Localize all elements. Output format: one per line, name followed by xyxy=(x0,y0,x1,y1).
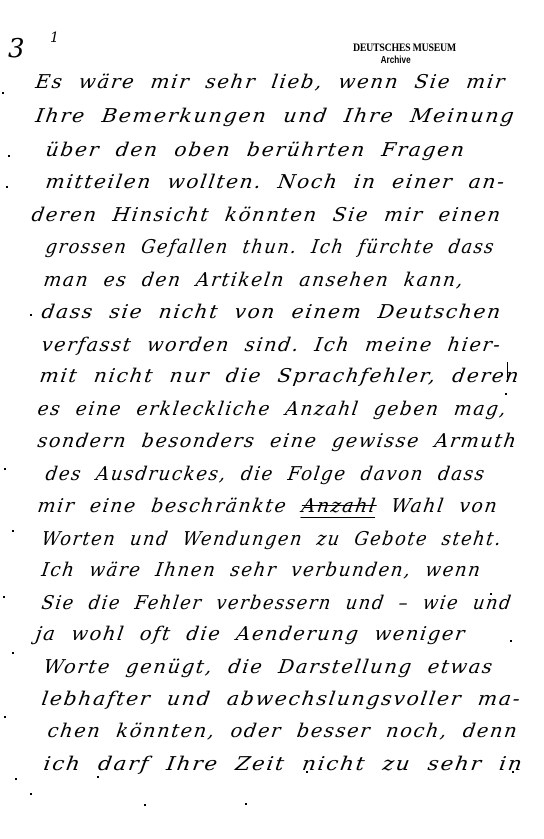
handwritten-line: sondern besonders eine gewisse Armuth xyxy=(36,429,519,453)
handwritten-line: dass sie nicht von einem Deutschen xyxy=(40,300,504,324)
handwritten-line: des Ausdruckes, die Folge davon dass xyxy=(44,462,487,486)
scan-speck xyxy=(306,771,308,773)
scan-speck xyxy=(8,155,10,157)
handwritten-line: mit nicht nur die Sprachfehler, deren xyxy=(38,364,522,388)
line-text: mir eine beschränkte xyxy=(36,495,303,517)
line-text: sondern besonders eine gewisse Armuth xyxy=(36,430,519,452)
scan-speck xyxy=(12,652,14,654)
handwritten-line: Sie die Fehler verbessern und – wie und xyxy=(40,591,514,615)
line-text: Sie die Fehler verbessern und – wie und xyxy=(40,592,514,614)
line-text: Worten und Wendungen zu Gebote steht. xyxy=(40,528,504,550)
scan-speck xyxy=(4,468,6,470)
scan-speck xyxy=(505,393,507,395)
line-text: über den oben berührten Fragen xyxy=(44,139,467,161)
line-text: Ich wäre Ihnen sehr verbunden, wenn xyxy=(40,559,483,581)
struck-out-word: Anzahl xyxy=(300,495,378,518)
stamp-subtitle: Archive xyxy=(353,55,438,67)
stamp-title: DEUTSCHES MUSEUM xyxy=(353,40,438,54)
handwritten-line: verfasst worden sind. Ich meine hier- xyxy=(40,333,503,357)
line-text: lebhafter und abwechslungsvoller ma- xyxy=(40,688,523,710)
handwritten-line: Es wäre mir sehr lieb, wenn Sie mir xyxy=(34,70,508,94)
handwritten-line: Worte genügt, die Darstellung etwas xyxy=(42,655,496,679)
scan-speck xyxy=(144,804,146,806)
line-text: verfasst worden sind. Ich meine hier- xyxy=(40,334,503,356)
scan-speck xyxy=(510,640,512,642)
scan-speck xyxy=(30,793,32,795)
line-text: man es den Artikeln ansehen kann, xyxy=(42,269,466,291)
archive-stamp: DEUTSCHES MUSEUM Archive xyxy=(353,40,438,67)
line-text: Ihre Bemerkungen und Ihre Meinung xyxy=(34,105,517,127)
scan-speck xyxy=(4,716,6,718)
scan-speck xyxy=(30,314,32,316)
line-text-continued: Wahl von xyxy=(375,495,500,517)
scan-speck xyxy=(6,186,8,188)
scan-speck xyxy=(2,92,4,94)
letter-page: 3 1 DEUTSCHES MUSEUM Archive Es wäre mir… xyxy=(0,0,544,839)
scan-margin-mark xyxy=(507,362,508,378)
handwritten-line: Ihre Bemerkungen und Ihre Meinung xyxy=(34,104,517,128)
line-text: mit nicht nur die Sprachfehler, deren xyxy=(38,365,522,387)
page-number: 3 xyxy=(8,36,25,62)
scan-speck xyxy=(15,778,17,780)
line-text: Worte genügt, die Darstellung etwas xyxy=(42,656,495,678)
handwritten-line: mir eine beschränkte Anzahl Wahl von xyxy=(36,494,500,518)
scan-speck xyxy=(3,596,5,598)
scan-speck xyxy=(245,803,247,805)
handwritten-line: ich darf Ihre Zeit nicht zu sehr in xyxy=(42,752,525,776)
handwritten-line: lebhafter und abwechslungsvoller ma- xyxy=(40,687,523,711)
handwritten-line: Worten und Wendungen zu Gebote steht. xyxy=(40,527,504,551)
line-text: ich darf Ihre Zeit nicht zu sehr in xyxy=(42,753,525,775)
handwritten-line: über den oben berührten Fragen xyxy=(44,138,467,162)
handwritten-line: es eine erkleckliche Anzahl geben mag, xyxy=(36,397,509,421)
line-text: des Ausdruckes, die Folge davon dass xyxy=(44,463,487,485)
line-text: grossen Gefallen thun. Ich fürchte dass xyxy=(44,236,496,258)
line-text: chen könnten, oder besser noch, denn xyxy=(46,720,520,742)
line-text: Es wäre mir sehr lieb, wenn Sie mir xyxy=(34,71,507,93)
line-text: dass sie nicht von einem Deutschen xyxy=(40,301,503,323)
handwritten-line: deren Hinsicht könnten Sie mir einen xyxy=(30,203,503,227)
handwritten-line: chen könnten, oder besser noch, denn xyxy=(46,719,520,743)
handwritten-line: grossen Gefallen thun. Ich fürchte dass xyxy=(44,235,497,259)
handwritten-line: Ich wäre Ihnen sehr verbunden, wenn xyxy=(40,558,483,582)
corner-mark: 1 xyxy=(50,30,59,46)
handwritten-line: man es den Artikeln ansehen kann, xyxy=(42,268,466,292)
line-text: es eine erkleckliche Anzahl geben mag, xyxy=(36,398,509,420)
line-text: mitteilen wollten. Noch in einer an- xyxy=(44,171,507,193)
line-text: deren Hinsicht könnten Sie mir einen xyxy=(30,204,503,226)
handwritten-line: ja wohl oft die Aenderung weniger xyxy=(34,622,468,646)
line-text: ja wohl oft die Aenderung weniger xyxy=(34,623,467,645)
scan-speck xyxy=(12,530,14,532)
scan-speck xyxy=(490,593,492,595)
scan-speck xyxy=(97,776,99,778)
scan-speck xyxy=(512,771,514,773)
handwritten-line: mitteilen wollten. Noch in einer an- xyxy=(44,170,507,194)
